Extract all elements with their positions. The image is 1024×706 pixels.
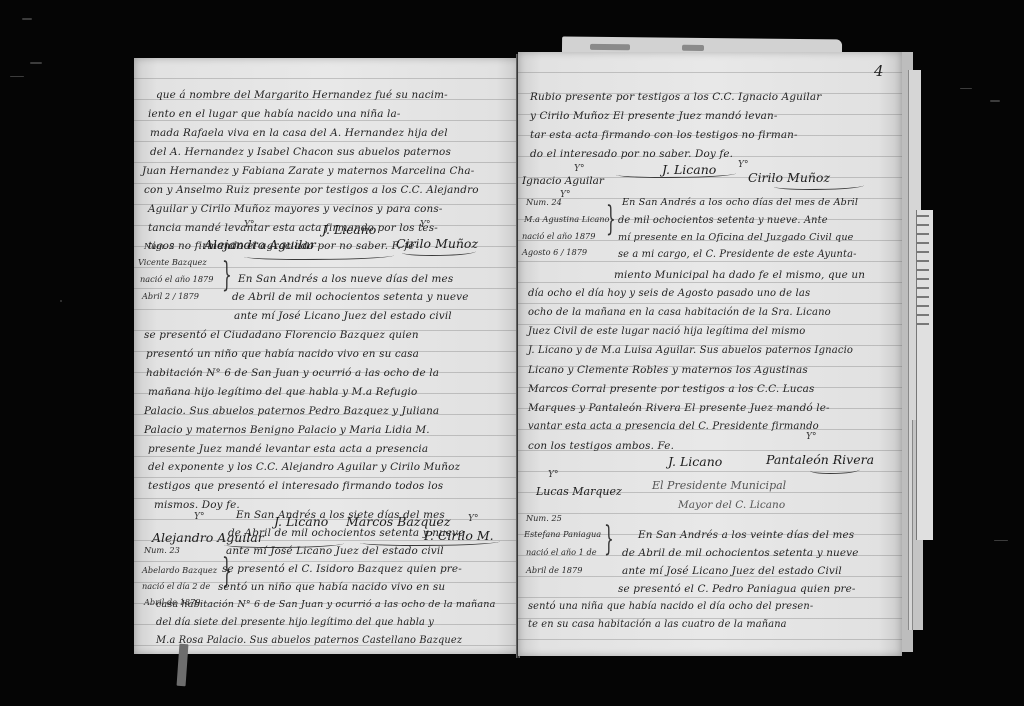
signature-mark: Y° [738,160,748,170]
text-line: Aguilar y Cirilo Muñoz mayores y vecinos… [148,204,443,214]
text-line: se a mi cargo, el C. Presidente de este … [618,250,857,260]
margin-birth-note: nació el día 2 de [142,582,210,590]
text-line: mí presente en la Oficina del Juzgado Ci… [618,233,854,243]
text-line: sentó un niño que había nacido vivo en s… [218,582,445,592]
text-line: vantar esta acta a presencia del C. Pres… [528,422,819,432]
entry-number: Num. 2 [144,242,175,250]
entry-number: Num. 23 [144,546,180,554]
signature-president-sub: Mayor del C. Licano [678,500,785,511]
signature-mark: Y° [420,220,430,230]
text-line: día ocho el día hoy y seis de Agosto pas… [528,289,810,299]
text-line: En San Andrés a los siete días del mes [236,510,445,520]
text-line: Marques y Pantaleón Rivera El presente J… [528,403,830,413]
text-line: ante mí José Licano Juez del estado civi… [234,311,452,321]
signature-mark: Y° [468,514,478,524]
text-line: do el interesado por no saber. Doy fe. [530,149,733,159]
text-line: con y Anselmo Ruiz presente por testigos… [144,185,479,195]
text-line: habitación N° 6 de San Juan y ocurrió a … [146,368,439,378]
right-page: Rubio presente por testigos a los C.C. I… [518,52,902,656]
scan-speck [990,100,1000,102]
margin-child-name: Vicente Bazquez [138,258,207,266]
margin-brace: } [604,522,614,556]
text-line: Palacio. Sus abuelos paternos Pedro Bazq… [144,406,439,416]
margin-birth-note: nació el año 1879 [140,275,213,283]
scan-speck [22,18,32,20]
edge-tab-text [917,215,929,325]
text-line: de Abril de mil ochocientos setenta y nu… [228,528,465,538]
ribbon-bookmark [177,644,189,687]
text-line: se presentó el C. Pedro Paniagua quien p… [618,584,856,594]
text-line: Palacio y maternos Benigno Palacio y Mar… [144,425,430,435]
text-line: te en su casa habitación a las cuatro de… [528,620,787,630]
margin-brace: } [606,202,616,236]
signature-mark: Y° [574,164,584,174]
sheet-tab [682,45,704,51]
signature-flourish [810,466,860,474]
text-line: Licano y Clemente Robles y maternos los … [528,365,808,375]
text-line: se presentó el Ciudadano Florencio Bazqu… [144,330,419,340]
signature-flourish [774,182,864,190]
margin-date: Agosto 6 / 1879 [522,248,587,256]
text-line: En San Andrés a los veinte días del mes [638,530,854,540]
text-line: presentó un niño que había nacido vivo e… [146,349,419,359]
text-line: J. Licano y de M.a Luisa Aguilar. Sus ab… [528,346,853,356]
text-line: del día siete del presente hijo legítimo… [156,618,434,628]
scan-speck [60,300,62,302]
scan-speck [30,62,42,64]
text-line: tar esta acta firmando con los testigos … [530,130,798,140]
signature-flourish [616,170,736,178]
signature-official: J. Licano [668,456,722,469]
margin-child-name: Abelardo Bazquez [142,566,217,574]
scan-speck [960,88,972,89]
signature-witness: Lucas Marquez [536,486,622,497]
text-line: de mil ochocientos setenta y nueve. Ante [618,216,828,226]
signature-mark: Y° [548,470,558,480]
margin-date: Abril 2 / 1879 [142,292,199,300]
text-line: ante mí José Licano Juez del estado Civi… [622,566,842,576]
text-line: ocho de la mañana en la casa habitación … [528,308,831,318]
text-line: y Cirilo Muñoz El presente Juez mandó le… [530,111,778,121]
entry-number: Num. 25 [526,514,562,522]
text-line: mismos. Doy fe. [154,500,240,510]
scan-speck [10,76,24,77]
text-line: ante mí José Licano Juez del estado civi… [226,546,444,556]
signature-witness: Pantaleón Rivera [766,454,874,467]
signature-mark: Y° [194,512,204,522]
text-line: mañana hijo legítimo del que habla y M.a… [148,387,417,397]
text-line: M.a Rosa Palacio. Sus abuelos paternos C… [156,636,462,646]
text-line: de Abril de mil ochocientos setenta y nu… [622,548,859,558]
text-line: que á nombre del Margarito Hernandez fué… [156,90,448,100]
text-line: tancia mandé levantar esta acta firmando… [148,223,438,233]
text-line: Rubio presente por testigos a los C.C. I… [530,92,821,102]
text-line: testigos que presentó el interesado firm… [148,481,443,491]
text-line: En San Andrés a los nueve días del mes [238,274,453,284]
text-line: se presentó el C. Isidoro Bazquez quien … [222,564,462,574]
text-line: Marcos Corral presente por testigos a lo… [528,384,814,394]
entry-number: Num. 24 [526,198,562,206]
text-line: miento Municipal ha dado fe el mismo, qu… [614,270,865,280]
signature-mark: Y° [244,220,254,230]
margin-child-name: Estefana Paniagua [524,530,601,538]
text-line: del exponente y los C.C. Alejandro Aguil… [148,462,460,472]
signature-witness: Ignacio Aguilar [522,176,604,187]
margin-birth-note: nació el año 1 de [526,548,597,556]
margin-witness-signature: Alejandro Aguilar [204,239,316,252]
text-line: Juan Hernandez y Fabiana Zarate y matern… [142,166,474,176]
text-line: del A. Hernandez y Isabel Chacon sus abu… [150,147,451,157]
text-line: casa habitación N° 6 de San Juan y ocurr… [156,600,495,610]
margin-brace: } [222,258,232,292]
margin-birth-note: nació el año 1879 [522,232,595,240]
signature-official: J. Licano [322,224,376,237]
text-line: En San Andrés a los ocho días del mes de… [622,198,858,208]
signature-flourish [402,248,476,256]
signature-mark: Y° [806,432,816,442]
scan-speck [994,540,1008,541]
sheet-tab [590,44,630,50]
page-number: 4 [874,62,884,80]
signature-president: El Presidente Municipal [652,480,786,491]
text-line: mada Rafaela viva en la casa del A. Hern… [150,128,448,138]
signature-flourish [244,252,394,260]
text-line: con los testigos ambos. Fe. [528,441,674,451]
margin-child-name: M.a Agustina Licano [524,215,610,223]
margin-date: Abril de 1879 [526,566,582,574]
text-line: sentó una niña que había nacido el día o… [528,602,813,612]
text-line: presente Juez mandé levantar esta acta a… [148,444,428,454]
text-line: de Abril de mil ochocientos setenta y nu… [232,292,469,302]
text-line: iento en el lugar que había nacido una n… [148,109,401,119]
text-line: Juez Civil de este lugar nació hija legí… [528,327,805,337]
